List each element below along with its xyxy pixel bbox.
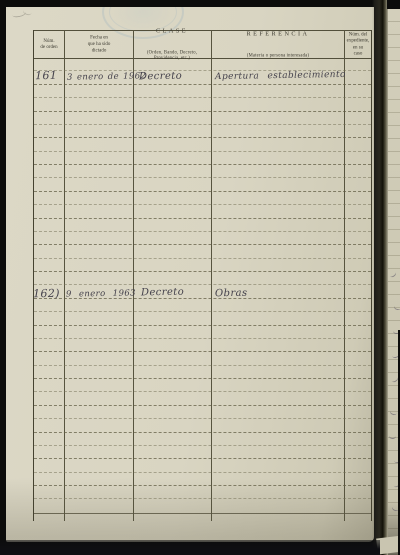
entry-161-fecha: 3 enero de 1962	[67, 71, 147, 82]
header-subtitle: (Orden, Bando, Decreto, Providencia, etc…	[147, 49, 197, 61]
register-table: Núm. de orden Fecha en que ha sido dicta…	[33, 30, 372, 521]
header-referencia: REFERENCIA (Materia o persona interesada…	[211, 30, 344, 58]
entry-162-fecha: 9 enero 1963	[66, 288, 136, 299]
header-num-expediente: Núm. del expediente, en su caso	[344, 30, 372, 58]
ledger-page: Núm. de orden Fecha en que ha sido dicta…	[6, 7, 374, 542]
header-fecha: Fecha en que ha sido dictado	[64, 30, 133, 58]
header-label: Núm. del expediente, en su caso	[347, 31, 370, 57]
scanned-ledger-sheet: Núm. de orden Fecha en que ha sido dicta…	[0, 0, 400, 555]
header-num-orden: Núm. de orden	[33, 30, 64, 58]
table-bottom-border	[33, 513, 372, 514]
bottom-scan-shadow	[0, 540, 380, 555]
header-clase: CLASE (Orden, Bando, Decreto, Providenci…	[133, 30, 211, 58]
entry-161-clase: Decreto	[139, 71, 182, 83]
binding-gutter-shadow	[372, 0, 387, 555]
header-label: Núm. de orden	[40, 38, 57, 51]
header-label: Fecha en que ha sido dictado	[87, 34, 110, 53]
entry-162-num: 162)	[33, 287, 60, 300]
grid-rows	[34, 58, 371, 513]
header-subtitle: (Materia o persona interesada)	[246, 52, 309, 58]
entry-162-referencia: Obras	[215, 288, 248, 300]
header-title: REFERENCIA	[246, 30, 309, 38]
header-title: CLASE	[147, 27, 197, 35]
entry-161-num: 161	[35, 69, 57, 82]
entry-162-clase: Decreto	[141, 287, 184, 299]
